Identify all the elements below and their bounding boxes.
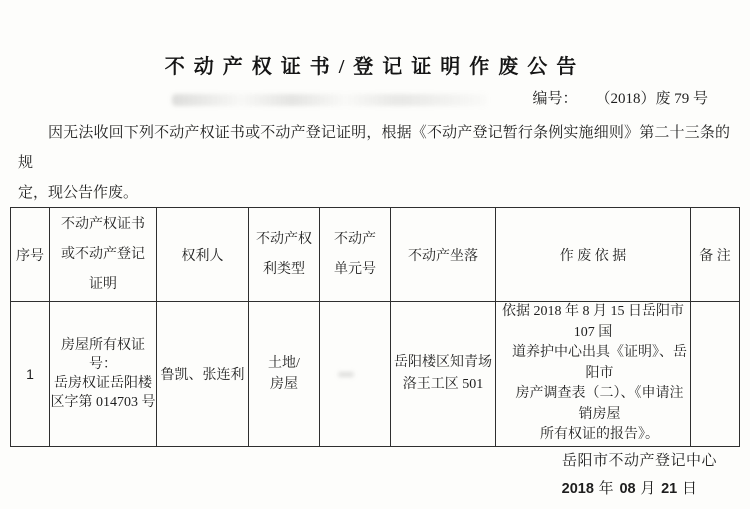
issue-date-month: 08 <box>619 481 635 497</box>
header-location: 不动产坐落 <box>391 208 496 302</box>
header-right-type-line: 利类型 <box>249 255 319 285</box>
issue-date-year: 2018 <box>562 481 594 497</box>
cell-certificate-line: 岳房权证岳阳楼 <box>50 374 156 393</box>
cell-unit-number <box>320 302 391 447</box>
cell-location-line: 洛王工区 501 <box>391 374 495 396</box>
header-unit-number: 不动产 单元号 <box>320 208 391 302</box>
header-holder: 权利人 <box>157 208 249 302</box>
table-row: 1 房屋所有权证号： 岳房权证岳阳楼 区字第 014703 号 鲁凯、张连利 土… <box>11 302 740 447</box>
invalidation-table: 序号 不动产权证书 或不动产登记 证明 权利人 不动产权 利类型 不动产 单元号… <box>10 207 740 447</box>
scanned-notice-page: 不动产权证书/登记证明作废公告 编号：（2018）废 79 号 因无法收回下列不… <box>0 0 750 509</box>
cell-certificate: 房屋所有权证号： 岳房权证岳阳楼 区字第 014703 号 <box>50 302 157 447</box>
cell-basis-line: 依据 2018 年 8 月 15 日岳阳市 107 国 <box>496 302 690 343</box>
issue-date-day-label: 日 <box>682 481 698 497</box>
cell-basis: 依据 2018 年 8 月 15 日岳阳市 107 国 道养护中心出具《证明》、… <box>496 302 691 447</box>
cell-seq: 1 <box>11 302 50 447</box>
cell-holder: 鲁凯、张连利 <box>157 302 249 447</box>
cell-basis-line: 房产调查表（二）、《申请注销房屋 <box>496 384 690 425</box>
cell-right-type-line: 土地/ <box>249 353 319 374</box>
cell-remarks <box>691 302 740 447</box>
cell-location: 岳阳楼区知青场 洛王工区 501 <box>391 302 496 447</box>
doc-number: 编号：（2018）废 79 号 <box>532 87 708 108</box>
header-seq: 序号 <box>11 208 50 302</box>
table-header-row: 序号 不动产权证书 或不动产登记 证明 权利人 不动产权 利类型 不动产 单元号… <box>11 208 740 302</box>
header-right-type-line: 不动产权 <box>249 225 319 255</box>
cell-location-line: 岳阳楼区知青场 <box>391 352 495 374</box>
intro-line-2: 定，现公告作废。 <box>18 178 730 208</box>
intro-line-1: 因无法收回下列不动产权证书或不动产登记证明，根据《不动产登记暂行条例实施细则》第… <box>18 118 730 178</box>
cell-right-type: 土地/ 房屋 <box>249 302 320 447</box>
cell-certificate-line: 区字第 014703 号 <box>50 393 156 412</box>
issuing-organization: 岳阳市不动产登记中心 <box>562 449 717 470</box>
header-certificate: 不动产权证书 或不动产登记 证明 <box>50 208 157 302</box>
intro-paragraph: 因无法收回下列不动产权证书或不动产登记证明，根据《不动产登记暂行条例实施细则》第… <box>18 118 730 208</box>
page-title: 不动产权证书/登记证明作废公告 <box>0 50 750 79</box>
issue-date-year-label: 年 <box>599 481 615 497</box>
issue-date: 2018 年 08 月 21 日 <box>562 477 698 498</box>
header-certificate-line: 证明 <box>50 270 156 300</box>
header-unit-number-line: 不动产 <box>320 225 390 255</box>
doc-number-label: 编号： <box>532 91 577 107</box>
doc-number-value: （2018）废 79 号 <box>595 91 708 107</box>
header-certificate-line: 或不动产登记 <box>50 240 156 270</box>
header-basis: 作 废 依 据 <box>496 208 691 302</box>
header-certificate-line: 不动产权证书 <box>50 210 156 240</box>
header-right-type: 不动产权 利类型 <box>249 208 320 302</box>
cell-basis-line: 道养护中心出具《证明》、岳阳市 <box>496 343 690 384</box>
cell-basis-line: 所有权证的报告》。 <box>496 425 690 446</box>
header-unit-number-line: 单元号 <box>320 255 390 285</box>
header-remarks: 备 注 <box>691 208 740 302</box>
cell-right-type-line: 房屋 <box>249 374 319 395</box>
cell-certificate-line: 房屋所有权证号： <box>50 336 156 374</box>
issue-date-month-label: 月 <box>640 481 656 497</box>
issue-date-day: 21 <box>661 481 677 497</box>
scan-artifact <box>172 94 487 106</box>
